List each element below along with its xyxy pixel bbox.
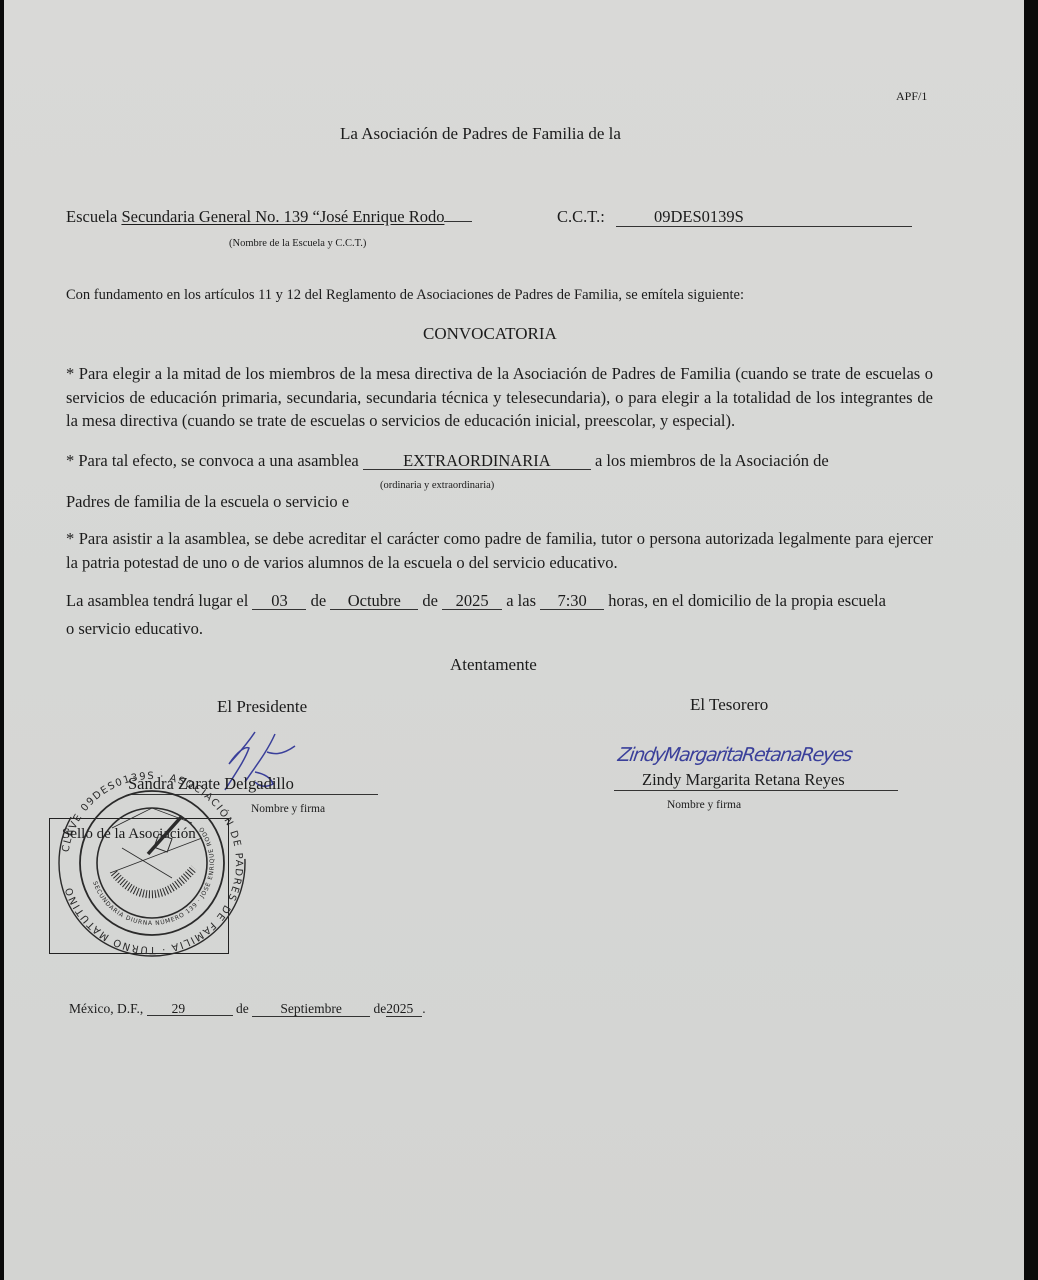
president-caption: Nombre y firma — [251, 803, 325, 815]
meeting-month-field: Octubre — [330, 591, 418, 610]
svg-text:SECUNDARIA DIURNA NÚMERO 139 ·: SECUNDARIA DIURNA NÚMERO 139 · JOSÉ ENRI… — [91, 825, 216, 927]
meeting-prefix: La asamblea tendrá lugar el — [66, 591, 248, 610]
meeting-day: 03 — [271, 591, 288, 610]
date-month: Septiembre — [280, 1001, 341, 1016]
cct-field: 09DES0139S — [616, 207, 912, 227]
date-de-1: de — [236, 1001, 249, 1016]
cct-value: 09DES0139S — [654, 207, 744, 227]
document-page — [4, 0, 1024, 1280]
date-year-field: 2025 — [386, 1001, 422, 1017]
assembly-suffix: a los miembros de la Asociación de — [595, 451, 829, 470]
cct-label: C.C.T.: — [557, 207, 605, 227]
meeting-time-field: 7:30 — [540, 591, 604, 610]
closing: Atentamente — [450, 655, 537, 675]
date-de-2: de — [374, 1001, 387, 1016]
document-title: CONVOCATORIA — [423, 324, 557, 344]
form-code: APF/1 — [896, 89, 927, 104]
legal-basis: Con fundamento en los artículos 11 y 12 … — [66, 287, 744, 304]
meeting-line-1: La asamblea tendrá lugar el 03 de Octubr… — [66, 591, 886, 611]
paragraph-2-line-2: Padres de familia de la escuela o servic… — [66, 492, 349, 512]
document-heading: La Asociación de Padres de Familia de la — [340, 124, 621, 144]
paragraph-2-line-1: * Para tal efecto, se convoca a una asam… — [66, 451, 829, 471]
treasurer-caption: Nombre y firma — [667, 799, 741, 811]
school-caption: (Nombre de la Escuela y C.C.T.) — [229, 238, 366, 249]
meeting-line-2: o servicio educativo. — [66, 619, 203, 639]
treasurer-name-field: Zindy Margarita Retana Reyes — [614, 770, 898, 791]
assembly-prefix: * Para tal efecto, se convoca a una asam… — [66, 451, 359, 470]
place-date: México, D.F., 29 de Septiembre de2025. — [69, 1001, 426, 1017]
meeting-suffix: horas, en el domicilio de la propia escu… — [608, 591, 886, 610]
meeting-month: Octubre — [348, 591, 401, 610]
school-name: Secundaria General No. 139 “José Enrique… — [121, 207, 444, 226]
treasurer-role: El Tesorero — [690, 695, 768, 715]
paragraph-3: * Para asistir a la asamblea, se debe ac… — [66, 527, 933, 574]
meeting-year: 2025 — [456, 591, 489, 610]
date-year: 2025 — [386, 1001, 413, 1016]
meeting-de-2: de — [422, 591, 438, 610]
date-month-field: Septiembre — [252, 1001, 370, 1017]
svg-text:CLAVE 09DES0139S · ASOCIACIÓN: CLAVE 09DES0139S · ASOCIACIÓN DE PADRES … — [61, 771, 244, 955]
school-line: Escuela Secundaria General No. 139 “José… — [66, 207, 472, 227]
assembly-type-field: EXTRAORDINARIA — [363, 451, 591, 470]
paragraph-1: * Para elegir a la mitad de los miembros… — [66, 362, 933, 433]
assembly-type: EXTRAORDINARIA — [403, 451, 551, 470]
school-prefix: Escuela — [66, 207, 117, 226]
assembly-type-caption: (ordinaria y extraordinaria) — [380, 480, 494, 491]
meeting-time: 7:30 — [557, 591, 586, 610]
meeting-day-field: 03 — [252, 591, 306, 610]
meeting-de-1: de — [311, 591, 327, 610]
treasurer-name: Zindy Margarita Retana Reyes — [642, 770, 845, 790]
treasurer-signature: ZindyMargaritaRetanaReyes — [616, 744, 852, 766]
date-day-field: 29 — [147, 1001, 233, 1016]
meeting-year-field: 2025 — [442, 591, 502, 610]
place: México, D.F., — [69, 1001, 143, 1016]
meeting-at: a las — [506, 591, 536, 610]
date-day: 29 — [172, 1001, 186, 1016]
association-seal-icon: CLAVE 09DES0139S · ASOCIACIÓN DE PADRES … — [52, 768, 252, 958]
date-end: . — [422, 1001, 425, 1016]
